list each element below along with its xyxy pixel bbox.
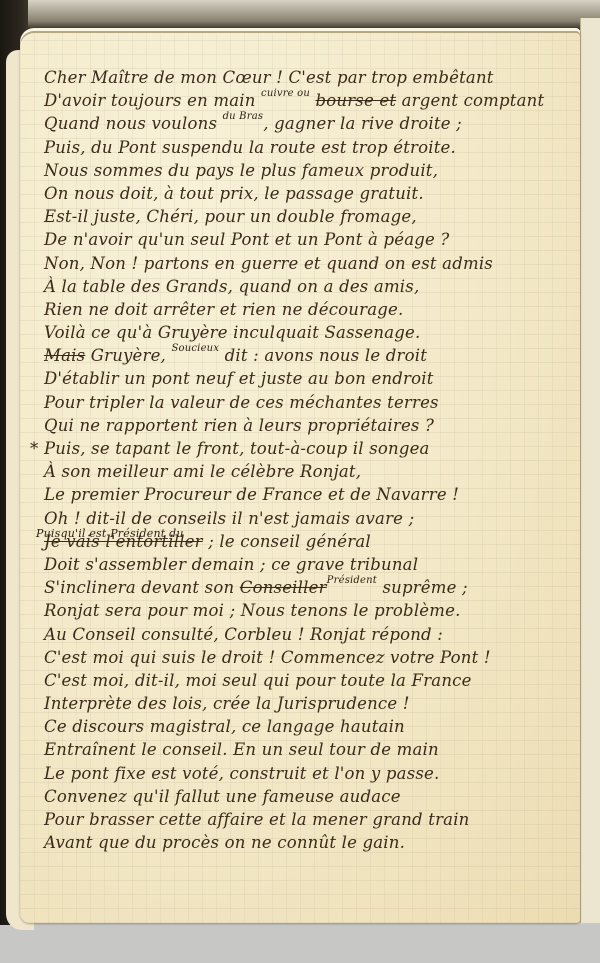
text-line: S'inclinera devant son ConseillerPréside… — [44, 576, 584, 599]
text-line: Pour tripler la valeur de ces méchantes … — [44, 391, 584, 414]
text-line: Rien ne doit arrêter et rien ne décourag… — [44, 298, 584, 321]
text-line: Mais Gruyère, Soucieux dit : avons nous … — [44, 344, 584, 367]
line-text: Ce discours magistral, ce langage hautai… — [44, 717, 405, 736]
struck-text: bourse et — [316, 91, 397, 110]
text-line: C'est moi qui suis le droit ! Commencez … — [44, 646, 584, 669]
text-line: Le pont fixe est voté, construit et l'on… — [44, 762, 584, 785]
line-text: Puis, se tapant le front, tout-à-coup il… — [44, 439, 430, 458]
line-text: Gruyère, — [85, 346, 171, 365]
text-line: Au Conseil consulté, Corbleu ! Ronjat ré… — [44, 623, 584, 646]
line-text: Est-il juste, Chéri, pour un double from… — [44, 207, 417, 226]
text-line: Pour brasser cette affaire et la mener g… — [44, 808, 584, 831]
line-text: C'est moi, dit-il, moi seul qui pour tou… — [44, 671, 472, 690]
text-line: Puis, du Pont suspendu la route est trop… — [44, 136, 584, 159]
text-line: De n'avoir qu'un seul Pont et un Pont à … — [44, 228, 584, 251]
scanner-top-shadow — [0, 0, 600, 30]
line-text: D'établir un pont neuf et juste au bon e… — [44, 369, 434, 388]
line-text: dit : avons nous le droit — [219, 346, 427, 365]
line-text: Convenez qu'il fallut une fameuse audace — [44, 787, 401, 806]
line-text: Pour tripler la valeur de ces méchantes … — [44, 393, 439, 412]
text-line: Convenez qu'il fallut une fameuse audace — [44, 785, 584, 808]
line-text: Voilà ce qu'à Gruyère inculquait Sassena… — [44, 323, 420, 342]
text-line: Qui ne rapportent rien à leurs propriéta… — [44, 414, 584, 437]
line-text: Cher Maître de mon Cœur ! C'est par trop… — [44, 68, 494, 87]
text-line: Puisqu'il est Président du Je vais l'ent… — [44, 530, 584, 553]
line-text: D'avoir toujours en main — [44, 91, 261, 110]
line-text: On nous doit, à tout prix, le passage gr… — [44, 184, 424, 203]
line-text: , gagner la rive droite ; — [263, 114, 462, 133]
line-text: Nous sommes du pays le plus fameux produ… — [44, 161, 438, 180]
text-line: Entraînent le conseil. En un seul tour d… — [44, 738, 584, 761]
line-text: ; le conseil général — [203, 532, 371, 551]
text-line: Quand nous voulons du Bras, gagner la ri… — [44, 112, 584, 135]
text-line: Ce discours magistral, ce langage hautai… — [44, 715, 584, 738]
struck-text: Mais — [44, 346, 85, 365]
line-text: Ronjat sera pour moi ; Nous tenons le pr… — [44, 601, 461, 620]
line-text: Quand nous voulons — [44, 114, 223, 133]
text-line: Interprète des lois, crée la Jurispruden… — [44, 692, 584, 715]
struck-text: Conseiller — [240, 578, 327, 597]
text-line: Est-il juste, Chéri, pour un double from… — [44, 205, 584, 228]
line-text: De n'avoir qu'un seul Pont et un Pont à … — [44, 230, 449, 249]
text-line: À son meilleur ami le célèbre Ronjat, — [44, 460, 584, 483]
line-text: suprême ; — [377, 578, 468, 597]
line-text: Entraînent le conseil. En un seul tour d… — [44, 740, 439, 759]
line-text: Rien ne doit arrêter et rien ne décourag… — [44, 300, 403, 319]
line-text: Interprète des lois, crée la Jurispruden… — [44, 694, 410, 713]
text-line: Avant que du procès on ne connût le gain… — [44, 831, 584, 854]
asterisk-marker: * — [30, 437, 38, 460]
line-text: Qui ne rapportent rien à leurs propriéta… — [44, 416, 434, 435]
text-line: On nous doit, à tout prix, le passage gr… — [44, 182, 584, 205]
line-text: C'est moi qui suis le droit ! Commencez … — [44, 648, 491, 667]
text-line: Nous sommes du pays le plus fameux produ… — [44, 159, 584, 182]
interlinear-insertion: Président — [327, 575, 377, 586]
text-line: D'avoir toujours en main cuivre ou bours… — [44, 89, 584, 112]
text-line: D'établir un pont neuf et juste au bon e… — [44, 367, 584, 390]
line-text: Le premier Procureur de France et de Nav… — [44, 485, 459, 504]
line-text: Pour brasser cette affaire et la mener g… — [44, 810, 470, 829]
text-line: Doit s'assembler demain ; ce grave tribu… — [44, 553, 584, 576]
interlinear-insertion: cuivre ou — [261, 88, 310, 99]
text-line: Voilà ce qu'à Gruyère inculquait Sassena… — [44, 321, 584, 344]
line-text: À son meilleur ami le célèbre Ronjat, — [44, 462, 361, 481]
line-text: Puis, du Pont suspendu la route est trop… — [44, 138, 456, 157]
scan-background — [0, 925, 600, 963]
line-text: Le pont fixe est voté, construit et l'on… — [44, 764, 439, 783]
handwritten-text: Cher Maître de mon Cœur ! C'est par trop… — [44, 66, 584, 854]
text-line: Ronjat sera pour moi ; Nous tenons le pr… — [44, 599, 584, 622]
interlinear-insertion: Soucieux — [171, 343, 219, 354]
text-line: *Puis, se tapant le front, tout-à-coup i… — [44, 437, 584, 460]
line-text: Doit s'assembler demain ; ce grave tribu… — [44, 555, 418, 574]
line-text: À la table des Grands, quand on a des am… — [44, 277, 419, 296]
line-text: Non, Non ! partons en guerre et quand on… — [44, 254, 493, 273]
line-text: Avant que du procès on ne connût le gain… — [44, 833, 405, 852]
line-text: argent comptant — [396, 91, 544, 110]
text-line: Non, Non ! partons en guerre et quand on… — [44, 252, 584, 275]
text-line: Le premier Procureur de France et de Nav… — [44, 483, 584, 506]
margin-correction: Puisqu'il est Président du — [36, 522, 184, 545]
text-line: C'est moi, dit-il, moi seul qui pour tou… — [44, 669, 584, 692]
text-line: Cher Maître de mon Cœur ! C'est par trop… — [44, 66, 584, 89]
text-line: À la table des Grands, quand on a des am… — [44, 275, 584, 298]
line-text: Au Conseil consulté, Corbleu ! Ronjat ré… — [44, 625, 443, 644]
interlinear-insertion: du Bras — [223, 111, 264, 122]
line-text: S'inclinera devant son — [44, 578, 240, 597]
